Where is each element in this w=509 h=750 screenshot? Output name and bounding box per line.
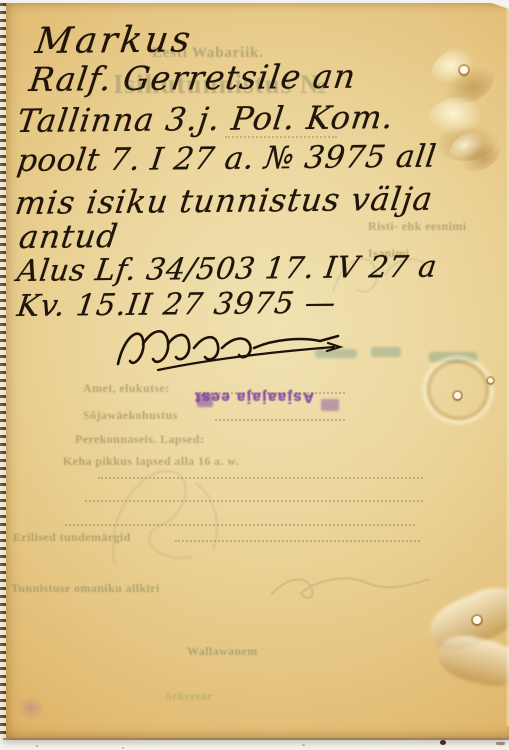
printed-field-label: Perekonnaseis. Lapsed: bbox=[75, 432, 204, 447]
show-through-loops bbox=[95, 453, 235, 583]
paper-crease bbox=[435, 630, 509, 693]
scan-speck bbox=[496, 742, 505, 745]
punch-mark bbox=[488, 378, 493, 383]
printed-field-label: Sekretär bbox=[165, 689, 213, 704]
paper-dent-ring bbox=[399, 333, 509, 448]
corner-notch bbox=[483, 0, 509, 9]
handwritten-line-5: mis isiku tunnistus välja bbox=[13, 180, 436, 222]
paper: Eesti Wabariik. Isikutunnistus № Risti- … bbox=[3, 3, 509, 738]
handwritten-line-4: poolt 7. I 27 a. № 3975 all bbox=[15, 139, 438, 179]
printed-field-label: Tunnistuse omaniku allkiri bbox=[11, 581, 160, 596]
handwritten-line-1: Markus bbox=[33, 19, 196, 62]
rubber-stamp-blot bbox=[321, 399, 339, 411]
rubber-stamp: Asjaajaja eest bbox=[194, 389, 340, 417]
handwritten-line-7: Alus Lf. 34/503 17. IV 27 a bbox=[15, 250, 439, 289]
punch-mark bbox=[454, 392, 461, 399]
ink-smudge bbox=[17, 696, 45, 720]
handwritten-line-2: Ralf. Gerretsile an bbox=[27, 57, 359, 99]
handwritten-line-6: antud bbox=[17, 217, 121, 256]
ink-offset-smear bbox=[371, 347, 401, 357]
printed-field-label: Sõjawäekohustus bbox=[83, 408, 178, 423]
perforated-edge bbox=[0, 3, 6, 738]
printed-field-label: Risti- ehk eesnimi bbox=[368, 219, 467, 234]
handwritten-line-3: Tallinna 3.j. Pol. Kom. bbox=[15, 98, 396, 140]
scan-speck bbox=[122, 747, 124, 749]
rubber-stamp-blot bbox=[197, 393, 213, 407]
scanned-document: Eesti Wabariik. Isikutunnistus № Risti- … bbox=[0, 0, 509, 750]
ghost-signature-flourish bbox=[265, 569, 435, 603]
paper-edge-highlight bbox=[505, 6, 509, 726]
punch-mark bbox=[460, 66, 468, 74]
scan-speck bbox=[440, 740, 446, 745]
scan-speck bbox=[36, 745, 38, 747]
printed-field-label: Wallawanem bbox=[187, 644, 258, 659]
signature-flourish bbox=[106, 318, 346, 376]
punch-mark bbox=[473, 616, 481, 624]
scan-speck bbox=[302, 744, 305, 746]
printed-field-label: Amet, elukutse: bbox=[83, 381, 170, 396]
dotted-rule bbox=[215, 419, 345, 421]
